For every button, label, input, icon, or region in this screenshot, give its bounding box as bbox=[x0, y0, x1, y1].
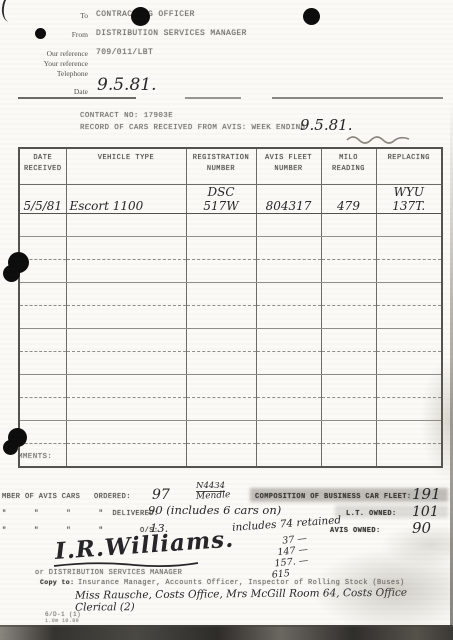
table-cell bbox=[376, 306, 442, 329]
table-cell bbox=[186, 260, 256, 283]
table-cell bbox=[186, 375, 256, 398]
table-cell bbox=[66, 329, 186, 352]
copy-to-label: Copy to: bbox=[40, 579, 74, 586]
hole-punch-left-lower-b bbox=[3, 440, 18, 455]
cell-avis-fleet-number: 804317 bbox=[256, 185, 321, 214]
ordered-label: MBER OF AVIS CARS ORDERED: bbox=[2, 493, 131, 501]
table-row-empty bbox=[19, 329, 442, 352]
table-row-empty bbox=[19, 306, 442, 329]
table-cell bbox=[186, 237, 256, 260]
ordered-note-handwritten: Mendle bbox=[196, 490, 231, 502]
table-cell bbox=[321, 444, 376, 468]
table-cell bbox=[256, 283, 321, 306]
table-cell bbox=[66, 352, 186, 375]
composition-label: COMPOSITION OF BUSINESS CAR FLEET: bbox=[255, 493, 411, 501]
lt-owned-value-handwritten: 101 bbox=[412, 504, 439, 520]
table-cell bbox=[256, 398, 321, 421]
table-cell bbox=[19, 329, 66, 352]
our-reference-label: Our reference bbox=[0, 49, 88, 58]
table-cell bbox=[376, 421, 442, 444]
from-label: From bbox=[0, 30, 88, 39]
col-header-date-received: DATE RECEIVED bbox=[19, 148, 66, 185]
table-cell bbox=[256, 214, 321, 237]
delivered-value-handwritten: 90 (includes 6 cars on) bbox=[148, 503, 281, 517]
table-row-empty bbox=[19, 283, 442, 306]
signature-title-line: or DISTRIBUTION SERVICES MANAGER bbox=[35, 569, 182, 577]
table-cell bbox=[321, 352, 376, 375]
table-row-empty bbox=[19, 375, 442, 398]
cell-milo-reading: 479 bbox=[321, 185, 376, 214]
table-cell bbox=[186, 352, 256, 375]
table-cell bbox=[66, 306, 186, 329]
table-cell bbox=[66, 375, 186, 398]
table-cell bbox=[321, 260, 376, 283]
table-cell bbox=[376, 214, 442, 237]
scanned-memo-page: To CONTRACTING OFFICER From DISTRIBUTION… bbox=[0, 0, 453, 640]
table-cell bbox=[376, 260, 442, 283]
header-rule-left bbox=[18, 97, 136, 99]
table-cell bbox=[256, 352, 321, 375]
table-cell bbox=[256, 375, 321, 398]
copy-to-handwritten-list: Miss Rausche, Costs Office, Mrs McGill R… bbox=[75, 586, 447, 613]
table-cell bbox=[376, 237, 442, 260]
to-label: To bbox=[0, 11, 88, 20]
from-value: DISTRIBUTION SERVICES MANAGER bbox=[96, 29, 247, 38]
col-header-replacing: REPLACING bbox=[376, 148, 442, 185]
table-cell bbox=[19, 306, 66, 329]
handwritten-number-column: 37 — 147 — 157. — 615 bbox=[268, 533, 311, 581]
table-cell bbox=[19, 398, 66, 421]
table-cell bbox=[19, 283, 66, 306]
table-cell bbox=[321, 283, 376, 306]
squiggle-underline bbox=[345, 134, 415, 144]
table-row-empty bbox=[19, 214, 442, 237]
scan-edge-bottom-bar bbox=[0, 625, 453, 640]
table-cell bbox=[321, 214, 376, 237]
header-rule-right bbox=[272, 97, 443, 99]
outstanding-note-handwritten: includes 74 retained bbox=[232, 514, 342, 534]
contract-number-line: CONTRACT NO: 17903E bbox=[80, 112, 173, 120]
date-label: Date bbox=[0, 87, 88, 96]
table-header-row: DATE RECEIVED VEHICLE TYPE REGISTRATION … bbox=[19, 148, 442, 185]
avis-owned-label: AVIS OWNED: bbox=[330, 527, 381, 535]
ordered-value-handwritten: 97 bbox=[152, 487, 170, 503]
table-cell bbox=[376, 329, 442, 352]
table-row-empty bbox=[19, 421, 442, 444]
our-reference-value: 709/011/LBT bbox=[96, 48, 153, 57]
col-header-vehicle-type: VEHICLE TYPE bbox=[66, 148, 186, 185]
table-cell bbox=[256, 444, 321, 468]
avis-owned-value-handwritten: 90 bbox=[412, 519, 431, 537]
table-cell bbox=[186, 398, 256, 421]
table-cell bbox=[321, 421, 376, 444]
table-row-empty bbox=[19, 260, 442, 283]
table-cell bbox=[66, 260, 186, 283]
table-cell bbox=[376, 375, 442, 398]
telephone-label: Telephone bbox=[0, 69, 88, 78]
cars-received-table: DATE RECEIVED VEHICLE TYPE REGISTRATION … bbox=[18, 147, 443, 468]
table-cell bbox=[256, 237, 321, 260]
table-cell bbox=[321, 329, 376, 352]
print-run-line: 1.0m 10.80 bbox=[45, 618, 79, 624]
table-cell bbox=[19, 214, 66, 237]
table-cell bbox=[66, 237, 186, 260]
table-row-entry: 5/5/81 Escort 1100 DSC 517W 804317 479 W… bbox=[19, 185, 442, 214]
table-cell bbox=[376, 352, 442, 375]
cell-replacing: WYU 137T. bbox=[376, 185, 442, 214]
record-of-cars-line: RECORD OF CARS RECEIVED FROM AVIS: WEEK … bbox=[80, 124, 305, 132]
table-cell bbox=[376, 283, 442, 306]
table-cell bbox=[186, 444, 256, 468]
col-header-avis-fleet-number: AVIS FLEET NUMBER bbox=[256, 148, 321, 185]
table-cell bbox=[19, 375, 66, 398]
delivered-label: " " " " DELIVERED: bbox=[2, 510, 158, 518]
form-code: 6/D-1 (1) bbox=[45, 611, 81, 618]
table-cell bbox=[256, 306, 321, 329]
copy-to-typed-list: Insurance Manager, Accounts Officer, Ins… bbox=[78, 579, 405, 587]
header-rule-mid bbox=[185, 97, 241, 99]
table-cell bbox=[186, 283, 256, 306]
comments-label: MMENTS: bbox=[18, 453, 52, 461]
date-handwritten: 9.5.81. bbox=[97, 75, 156, 95]
composition-value-handwritten: 191 bbox=[412, 485, 441, 503]
cell-date-received: 5/5/81 bbox=[19, 185, 66, 214]
table-cell bbox=[186, 421, 256, 444]
col-header-registration-number: REGISTRATION NUMBER bbox=[186, 148, 256, 185]
table-cell bbox=[376, 444, 442, 468]
table-cell bbox=[66, 421, 186, 444]
table-cell bbox=[186, 329, 256, 352]
table-cell bbox=[256, 329, 321, 352]
table-cell bbox=[256, 421, 321, 444]
table-row-empty bbox=[19, 398, 442, 421]
table-cell bbox=[66, 444, 186, 468]
ink-blot-over-to bbox=[131, 7, 150, 26]
table-cell bbox=[321, 398, 376, 421]
table-row-empty bbox=[19, 237, 442, 260]
table-cell bbox=[321, 306, 376, 329]
table-cell bbox=[66, 283, 186, 306]
col-header-milo-reading: MILO READING bbox=[321, 148, 376, 185]
hole-punch-left-upper-b bbox=[3, 265, 20, 282]
table-cell bbox=[19, 352, 66, 375]
table-row-empty bbox=[19, 352, 442, 375]
your-reference-label: Your reference bbox=[0, 59, 88, 68]
table-row-empty bbox=[19, 444, 442, 468]
table-cell bbox=[321, 375, 376, 398]
lt-owned-label: L.T. OWNED: bbox=[346, 510, 397, 518]
week-ending-handwritten: 9.5.81. bbox=[300, 116, 352, 134]
table-cell bbox=[256, 260, 321, 283]
table-cell bbox=[66, 398, 186, 421]
table-cell bbox=[376, 398, 442, 421]
cell-registration-number: DSC 517W bbox=[186, 185, 256, 214]
table-cell bbox=[321, 237, 376, 260]
cell-vehicle-type: Escort 1100 bbox=[66, 185, 186, 214]
table-cell bbox=[186, 306, 256, 329]
hole-punch-top-right bbox=[303, 8, 320, 25]
table-cell bbox=[66, 214, 186, 237]
table-cell bbox=[186, 214, 256, 237]
